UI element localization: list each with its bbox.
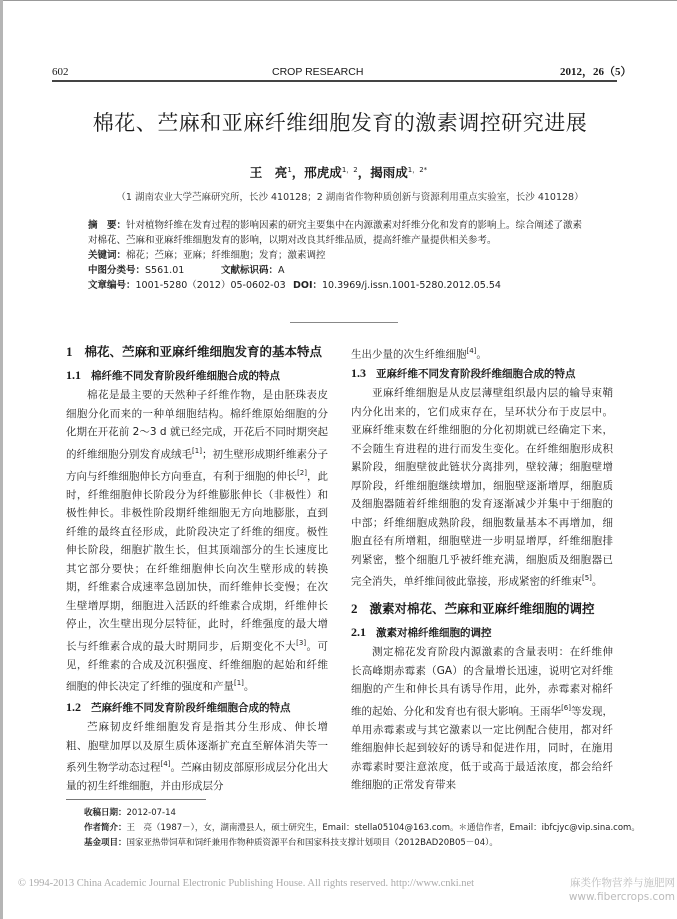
citation: [4]	[161, 760, 171, 768]
abstract-label: 摘 要：	[88, 220, 126, 231]
paragraph: 苎麻韧皮纤维细胞发育是指其分生形成、伸长增粗、胞壁加厚以及原生质体逐渐扩充直至解…	[66, 718, 328, 796]
abstract-divider	[290, 322, 398, 323]
copyright-notice: © 1994-2013 China Academic Journal Elect…	[18, 878, 538, 889]
classification-line: 中图分类号：S561.01 文献标识码：A	[88, 263, 588, 278]
citation: [6]	[561, 704, 571, 712]
keywords-label: 关键词：	[88, 250, 126, 261]
author-name: 邢虎成	[304, 165, 342, 180]
author-name: 王 亮	[250, 165, 288, 180]
citation: [1]	[192, 447, 202, 455]
doi-label: DOI：	[293, 280, 322, 291]
section-heading-1-3: 1.3亚麻纤维不同发育阶段纤维细胞合成的特点	[351, 364, 613, 383]
section-heading-1-2: 1.2苎麻纤维不同发育阶段纤维细胞合成的特点	[66, 698, 328, 717]
citation: [4]	[467, 347, 477, 355]
section-heading-1: 1棉花、苎麻和亚麻纤维细胞发育的基本特点	[66, 342, 328, 362]
doc-code-value: A	[278, 265, 285, 276]
watermark-line-2: www.fibercrops.com	[530, 890, 675, 904]
paragraph: 测定棉花发育阶段内源激素的含量表明：在纤维伸长高峰期赤霉素（GA）的含量增长迅速…	[351, 643, 613, 795]
article-id-line: 文章编号：1001-5280（2012）05-0602-03 DOI：10.39…	[88, 278, 588, 293]
journal-name: CROP RESEARCH	[272, 64, 363, 80]
author-affil-sup: 1，2*	[408, 166, 427, 174]
article-no-label: 文章编号：	[88, 280, 136, 291]
author-list: 王 亮1，邢虎成1，2，揭雨成1，2*	[0, 163, 677, 181]
abstract-block: 摘 要：针对植物纤维在发育过程的影响因素的研究主要集中在内源激素对纤维分化和发育…	[88, 218, 588, 293]
doc-code: 文献标识码：A	[221, 263, 285, 278]
author-bio: 作者简介：王 亮（1987－），女，湖南澧县人，硕士研究生，Email：stel…	[84, 821, 644, 836]
paragraph-continued: 生出少量的次生纤维细胞[4]。	[351, 342, 613, 364]
clc-label: 中图分类号：	[88, 265, 145, 276]
keywords-text: 棉花；苎麻；亚麻；纤维细胞；发育；激素调控	[126, 250, 326, 261]
page-number: 602	[52, 64, 69, 80]
doc-code-label: 文献标识码：	[221, 265, 278, 276]
paper-title: 棉花、苎麻和亚麻纤维细胞发育的激素调控研究进展	[60, 108, 620, 138]
doi: DOI：10.3969/j.issn.1001-5280.2012.05.54	[293, 278, 501, 293]
watermark: 麻类作物营养与施肥网 www.fibercrops.com	[530, 876, 675, 904]
keywords: 关键词：棉花；苎麻；亚麻；纤维细胞；发育；激素调控	[88, 248, 588, 263]
article-no-value: 1001-5280（2012）05-0602-03	[136, 280, 286, 291]
author-name: 揭雨成	[370, 165, 408, 180]
affiliations: （1 湖南农业大学苎麻研究所，长沙 410128；2 湖南省作物种质创新与资源利…	[100, 189, 600, 203]
section-heading-1-1: 1.1棉纤维不同发育阶段纤维细胞合成的特点	[66, 366, 328, 385]
received-date: 收稿日期：2012-07-14	[84, 806, 644, 821]
page-border-top	[0, 0, 677, 1]
citation: [1]	[234, 679, 244, 687]
running-head: 602 CROP RESEARCH 2012，26（5）	[52, 64, 472, 80]
citation: [2]	[297, 469, 307, 477]
section-heading-2: 2激素对棉花、苎麻和亚麻纤维细胞的调控	[351, 599, 613, 619]
header-rule	[52, 80, 617, 82]
watermark-line-1: 麻类作物营养与施肥网	[530, 876, 675, 890]
abstract-text: 针对植物纤维在发育过程的影响因素的研究主要集中在内源激素对纤维分化和发育的影响上…	[88, 220, 582, 246]
funding: 基金项目：国家亚热带饲草和饲纤兼用作物种质资源平台和国家科技支撑计划项目（201…	[84, 836, 644, 851]
author-affil-sup: 1，2	[342, 166, 358, 174]
paragraph: 亚麻纤维细胞是从皮层薄壁组织最内层的输导束鞘内分化出来的，它们成束存在，呈环状分…	[351, 384, 613, 591]
section-heading-2-1: 2.1激素对棉纤维细胞的调控	[351, 623, 613, 642]
doi-value: 10.3969/j.issn.1001-5280.2012.05.54	[322, 280, 501, 291]
abstract: 摘 要：针对植物纤维在发育过程的影响因素的研究主要集中在内源激素对纤维分化和发育…	[88, 218, 588, 248]
clc-value: S561.01	[145, 265, 184, 276]
footnotes: 收稿日期：2012-07-14 作者简介：王 亮（1987－），女，湖南澧县人，…	[84, 806, 644, 851]
author-affil-sup: 1	[287, 166, 291, 174]
column-right: 生出少量的次生纤维细胞[4]。 1.3亚麻纤维不同发育阶段纤维细胞合成的特点 亚…	[351, 342, 613, 795]
issue-info: 2012，26（5）	[560, 64, 677, 80]
paragraph: 棉花是最主要的天然种子纤维作物，是由胚珠表皮细胞分化而来的一种单细胞结构。棉纤维…	[66, 386, 328, 696]
citation: [5]	[582, 574, 592, 582]
citation: [3]	[296, 639, 306, 647]
footnote-rule	[66, 799, 206, 800]
column-left: 1棉花、苎麻和亚麻纤维细胞发育的基本特点 1.1棉纤维不同发育阶段纤维细胞合成的…	[66, 342, 328, 796]
page-border-left	[0, 0, 3, 919]
